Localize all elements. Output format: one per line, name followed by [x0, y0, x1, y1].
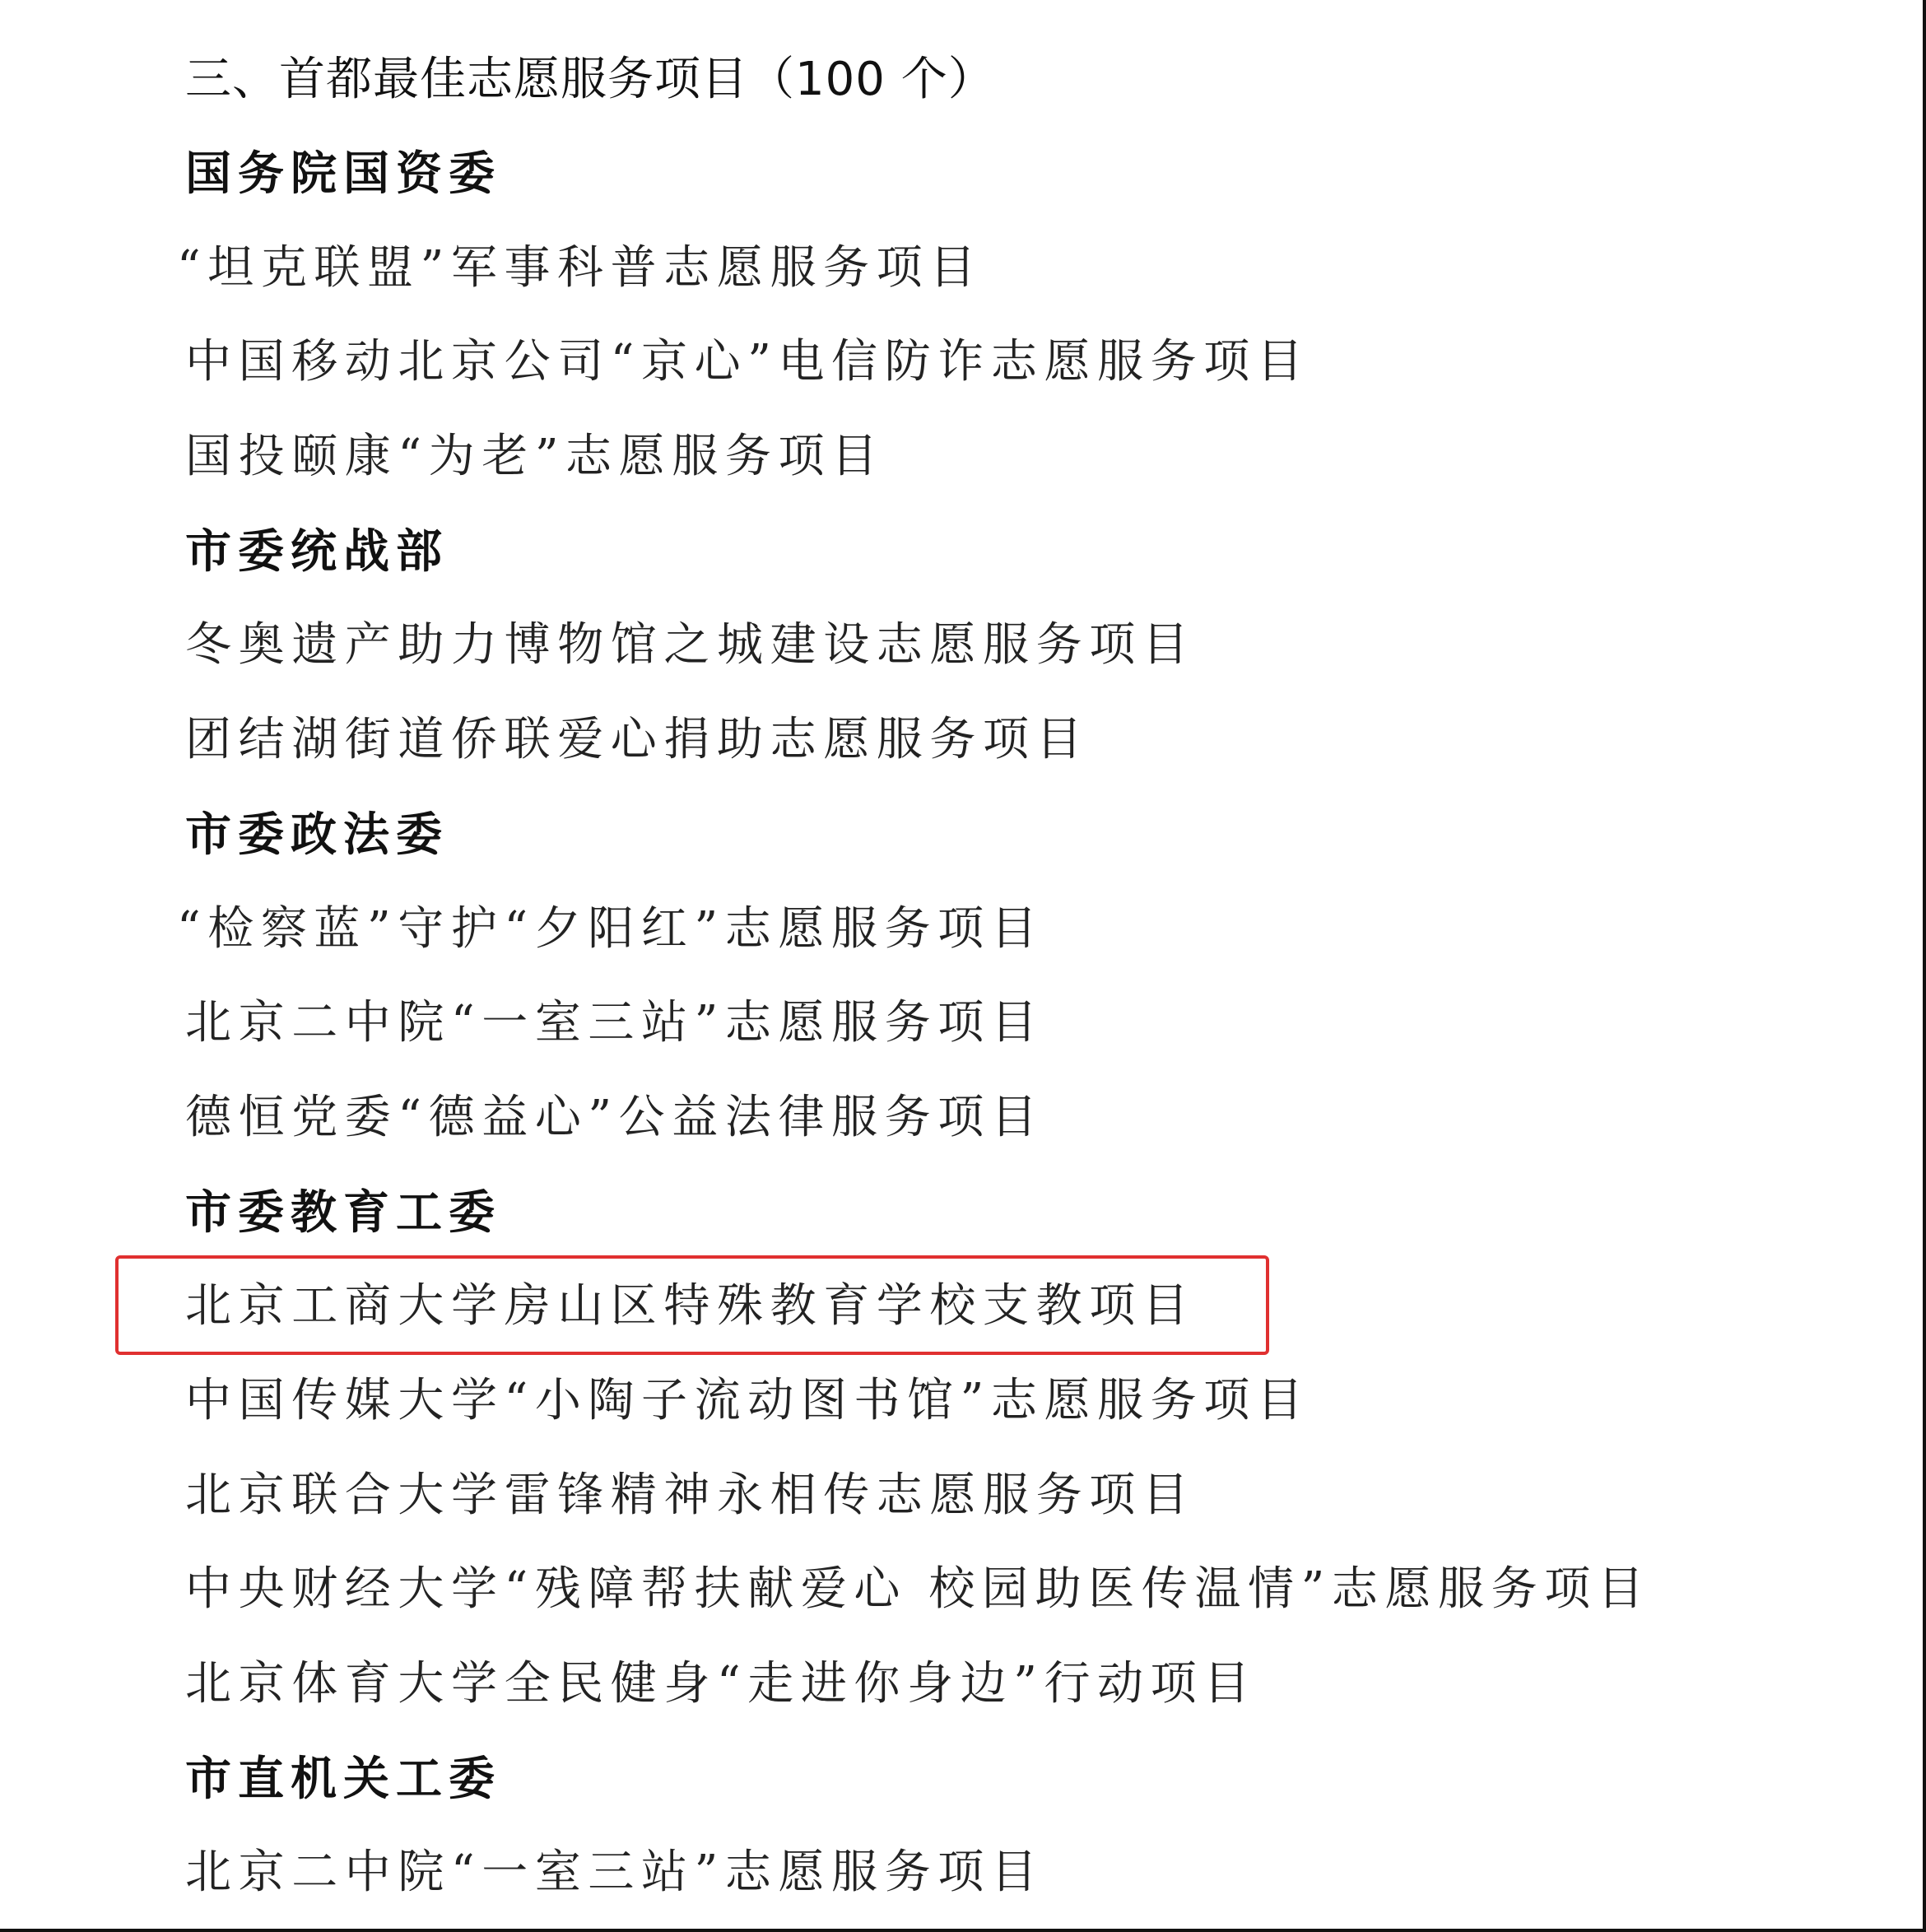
list-item: 冬奥遗产助力博物馆之城建设志愿服务项目 — [185, 604, 1195, 687]
highlighted-list-item: 北京工商大学房山区特殊教育学校支教项目 — [185, 1265, 1195, 1348]
list-item: 北京联合大学雷锋精神永相传志愿服务项目 — [185, 1455, 1195, 1537]
list-item: 团结湖街道侨联爱心捐助志愿服务项目 — [185, 699, 1089, 781]
list-item: 北京二中院“一室三站”志愿服务项目 — [185, 1832, 1044, 1914]
document-page: 三、首都最佳志愿服务项目（100 个） 国务院国资委 “坦克联盟”军事科普志愿服… — [0, 0, 1926, 1932]
list-item: “坦克联盟”军事科普志愿服务项目 — [177, 227, 983, 310]
list-item: “检察蓝”守护“夕阳红”志愿服务项目 — [177, 888, 1044, 971]
section-heading-sasac: 国务院国资委 — [185, 133, 501, 215]
list-item: 北京体育大学全民健身“走进你身边”行动项目 — [185, 1643, 1257, 1725]
list-item: 中央财经大学“残障帮扶献爱心 校园助医传温情”志愿服务项目 — [185, 1548, 1650, 1631]
section-heading-political-legal: 市委政法委 — [185, 794, 449, 876]
list-item: 国投颐康“为老”志愿服务项目 — [185, 416, 885, 498]
list-item: 中国移动北京公司“京心”电信防诈志愿服务项目 — [185, 321, 1310, 403]
section-heading-municipal-organs: 市直机关工委 — [185, 1738, 501, 1820]
section-heading-education: 市委教育工委 — [185, 1171, 501, 1254]
section-heading-united-front: 市委统战部 — [185, 510, 449, 593]
list-item: 德恒党委“德益心”公益法律服务项目 — [185, 1077, 1044, 1159]
document-title: 三、首都最佳志愿服务项目（100 个） — [185, 39, 995, 121]
list-item: 中国传媒大学“小陶子流动图书馆”志愿服务项目 — [185, 1360, 1310, 1442]
list-item: 北京二中院“一室三站”志愿服务项目 — [185, 982, 1044, 1064]
